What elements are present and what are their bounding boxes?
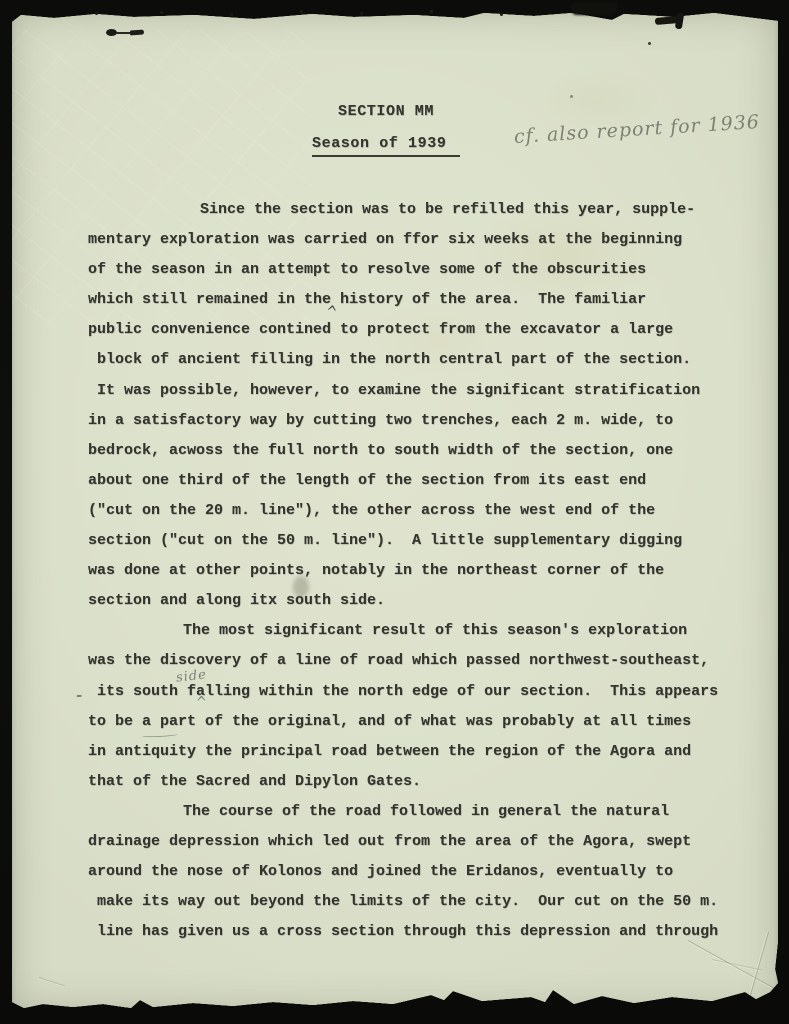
pencil-margin-dash: - [76, 686, 82, 704]
typed-line: section and along itx south side. [88, 586, 748, 616]
typed-line: drainage depression which led out from t… [88, 827, 748, 857]
typed-line: about one third of the length of the sec… [88, 466, 748, 496]
typed-line: of the season in an attempt to resolve s… [88, 255, 748, 285]
typed-line: ("cut on the 20 m. line"), the other acr… [88, 496, 748, 526]
typed-line: The course of the road followed in gener… [88, 797, 748, 827]
typed-line: public convenience contined to protect f… [88, 315, 748, 345]
document-title: SECTION MM [338, 103, 434, 120]
handwritten-note: cf. also report for 1936 [513, 111, 760, 148]
typed-line: which still remained in the history of t… [88, 285, 748, 315]
scanned-page: SECTION MM Season of 1939 cf. also repor… [0, 0, 789, 1024]
typed-line: Since the section was to be refilled thi… [88, 195, 748, 225]
typed-line: The most significant result of this seas… [88, 616, 748, 646]
pencil-insertion-word: side [175, 667, 207, 685]
typed-line: in a satisfactory way by cutting two tre… [88, 406, 748, 436]
typed-line: was done at other points, notably in the… [88, 556, 748, 586]
typed-line: to be a part of the original, and of wha… [88, 707, 748, 737]
typed-line: mentary exploration was carried on ffor … [88, 225, 748, 255]
typed-line: that of the Sacred and Dipylon Gates. [88, 767, 748, 797]
typed-line: make its way out beyond the limits of th… [88, 887, 748, 917]
typed-line: It was possible, however, to examine the… [88, 376, 748, 406]
page-content: SECTION MM Season of 1939 cf. also repor… [0, 0, 789, 1024]
caret-insertion-icon: ^ [196, 694, 207, 714]
typed-line: in antiquity the principal road between … [88, 737, 748, 767]
document-subtitle: Season of 1939 [312, 135, 460, 157]
typed-line: line has given us a cross section throug… [88, 917, 748, 947]
typed-line: section ("cut on the 50 m. line"). A lit… [88, 526, 748, 556]
body-text: Since the section was to be refilled thi… [88, 195, 748, 947]
typed-line: bedrock, acwoss the full north to south … [88, 436, 748, 466]
typed-line: around the nose of Kolonos and joined th… [88, 857, 748, 887]
typed-line: block of ancient filling in the north ce… [88, 345, 748, 375]
